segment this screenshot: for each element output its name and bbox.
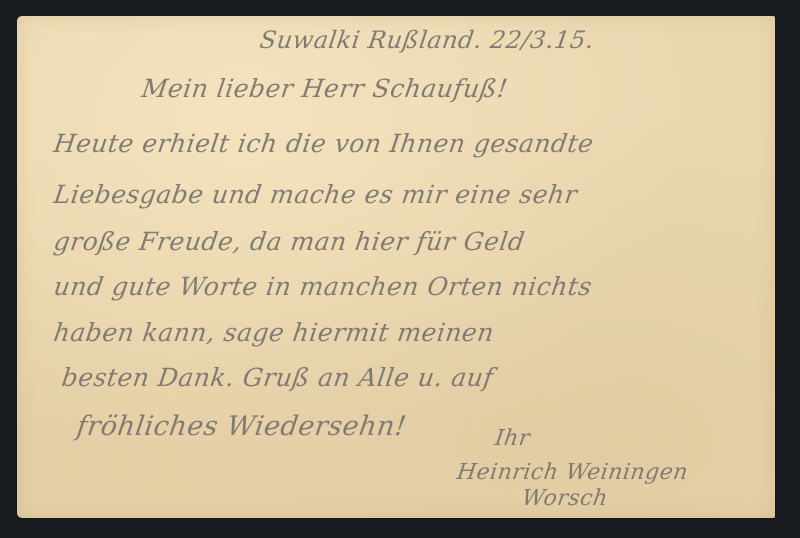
- signature-line-2: Worsch: [520, 486, 609, 511]
- body-line: haben kann, sage hiermit meinen: [52, 318, 496, 347]
- body-line: besten Dank. Gruß an Alle u. auf: [60, 363, 495, 392]
- body-line: und gute Worte in manchen Orten nichts: [52, 272, 594, 301]
- body-line: große Freude, da man hier für Geld: [52, 227, 527, 256]
- body-line: Heute erhielt ich die von Ihnen gesandte: [52, 129, 596, 158]
- closing: Ihr: [493, 426, 531, 451]
- signature: Heinrich Weiningen: [455, 460, 689, 485]
- body-line: Liebesgabe und mache es mir eine sehr: [52, 180, 579, 209]
- postcard: Suwalki Rußland. 22/3.15. Mein lieber He…: [17, 16, 775, 518]
- scan-background: Suwalki Rußland. 22/3.15. Mein lieber He…: [0, 0, 800, 538]
- place-date: Suwalki Rußland. 22/3.15.: [258, 26, 596, 54]
- salutation: Mein lieber Herr Schaufuß!: [140, 74, 510, 103]
- body-line: fröhliches Wiedersehn!: [75, 411, 409, 442]
- perforated-edge: [769, 16, 775, 518]
